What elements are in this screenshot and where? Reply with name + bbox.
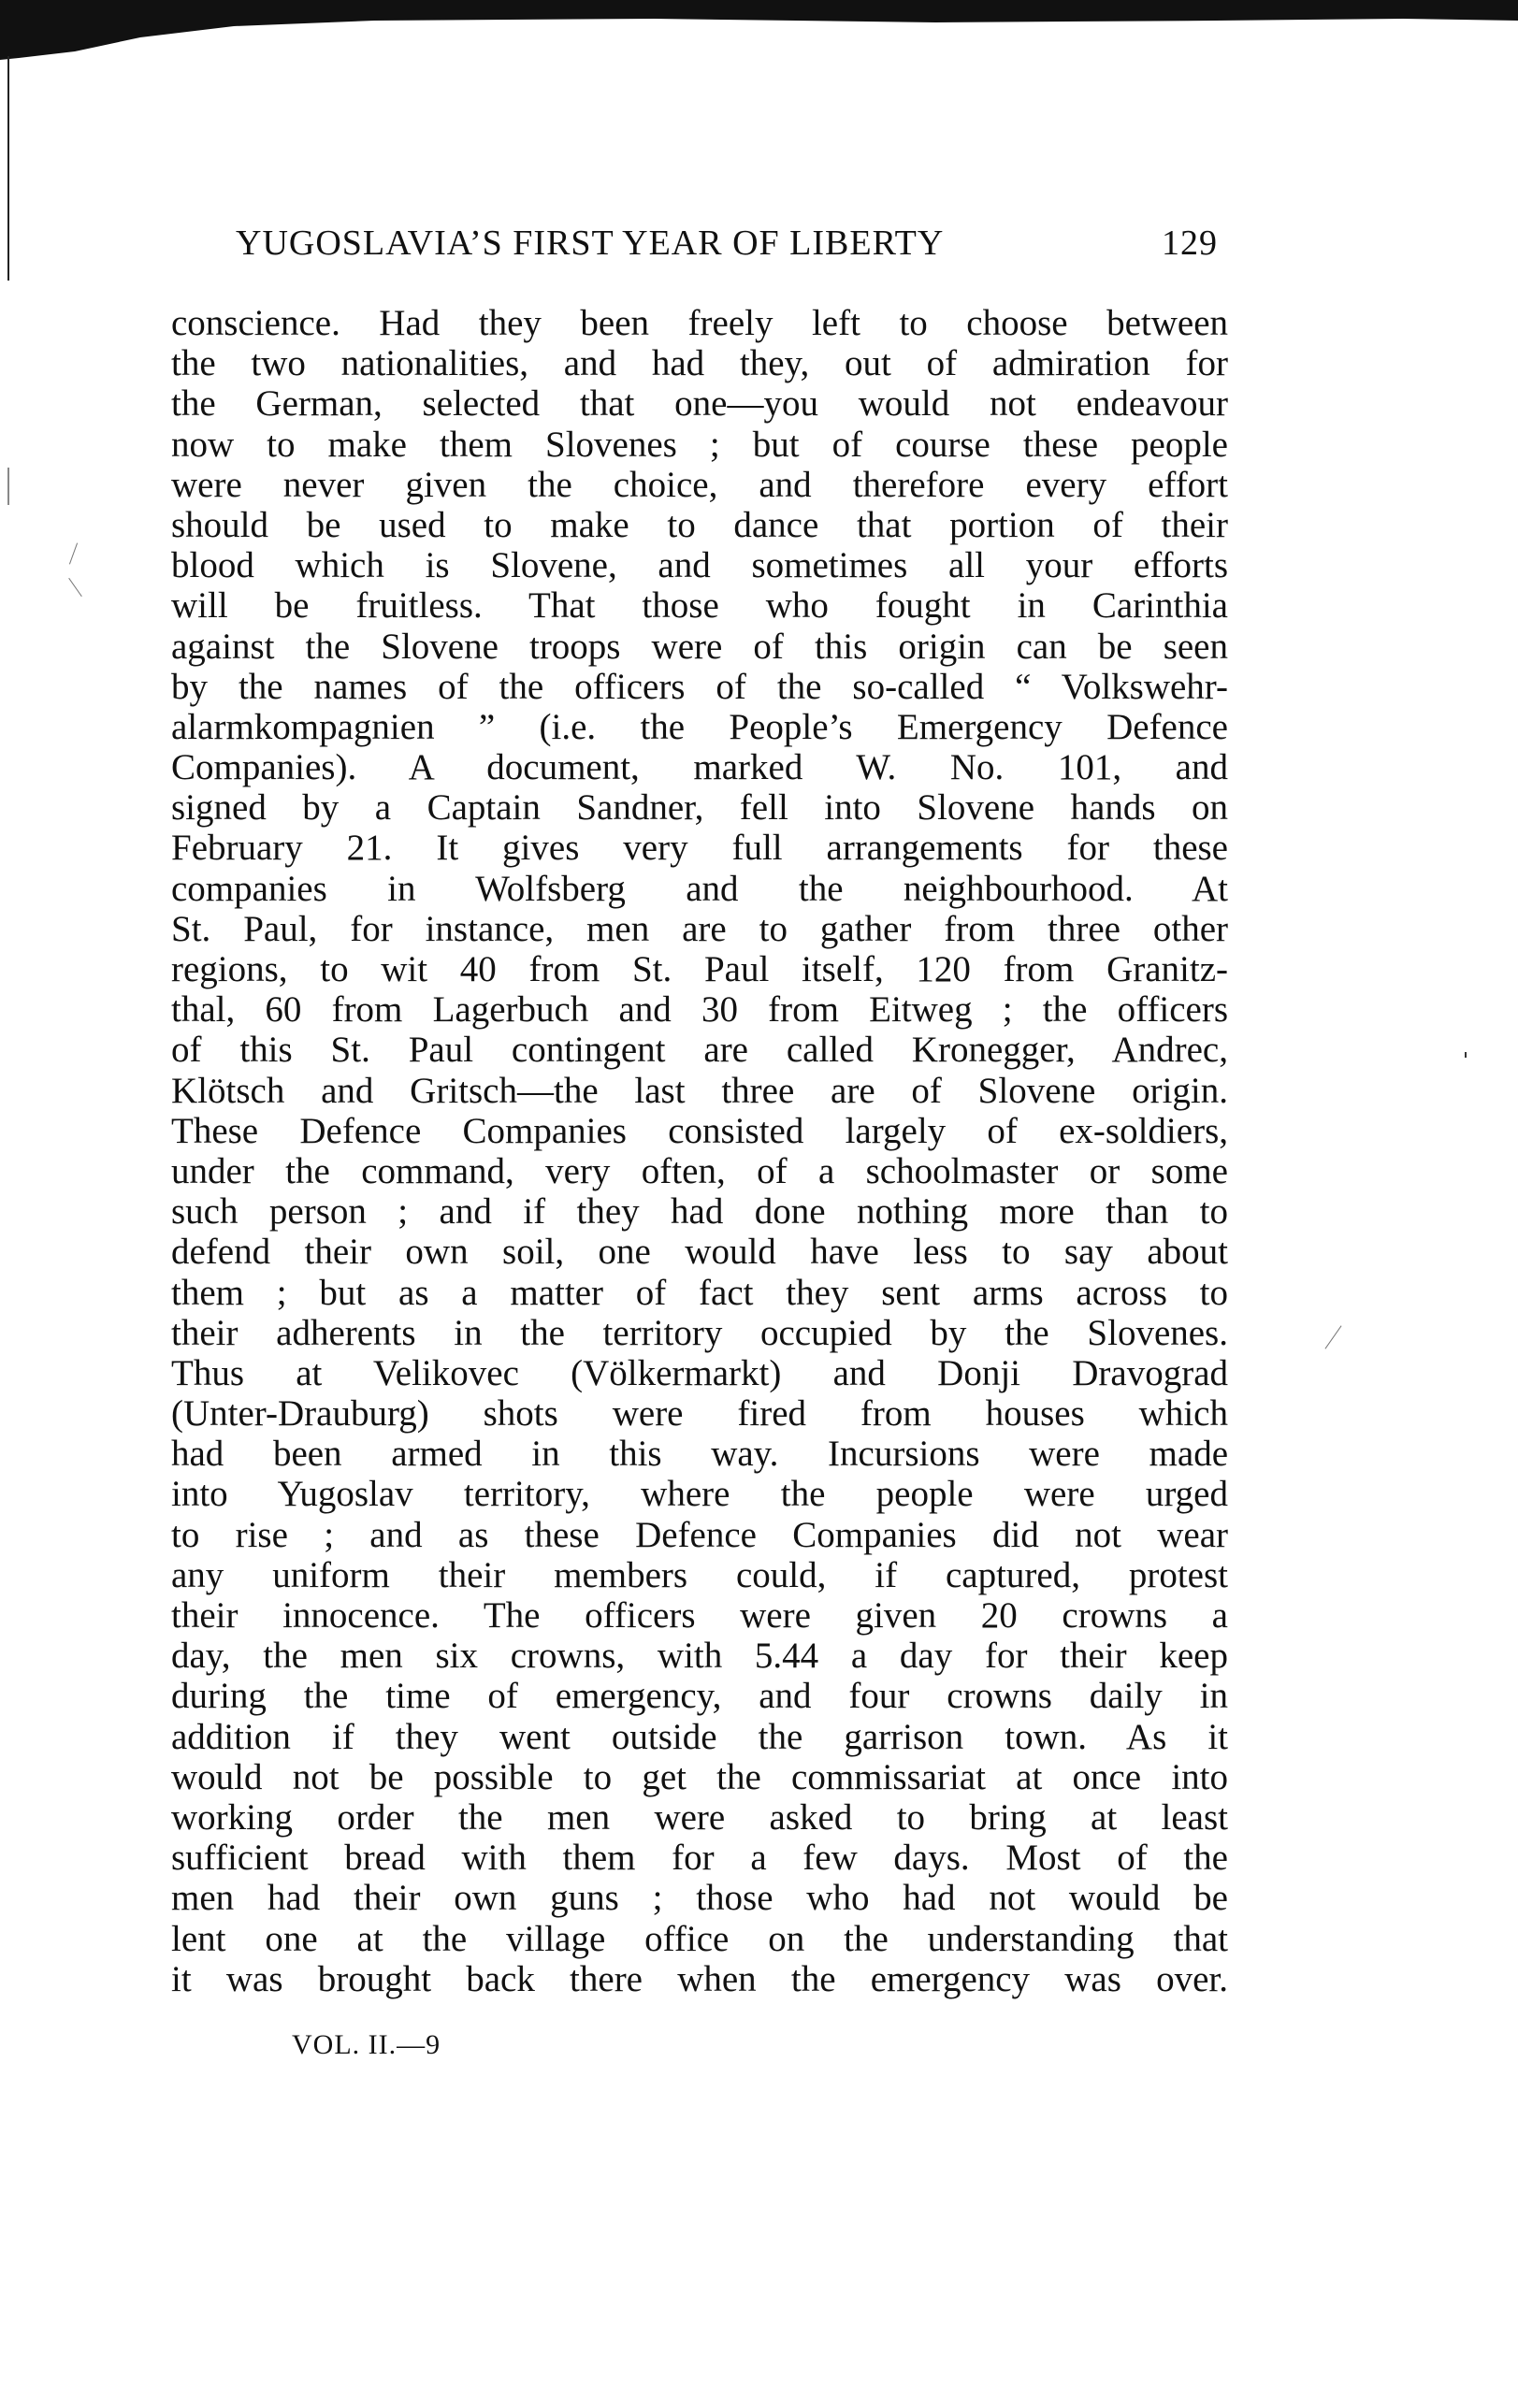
text-line: them ; but as a matter of fact they sent… [171,1273,1228,1313]
text-line: working order the men were asked to brin… [171,1797,1228,1838]
text-line: Thus at Velikovec (Völkermarkt) and Donj… [171,1353,1228,1393]
text-line: it was brought back there when the emerg… [171,1959,1228,1999]
text-line: by the names of the officers of the so-c… [171,667,1228,707]
running-head-title: YUGOSLAVIA’S FIRST YEAR OF LIBERTY [236,223,944,264]
text-line: to rise ; and as these Defence Companies… [171,1515,1228,1555]
text-line: would not be possible to get the commiss… [171,1757,1228,1797]
text-line: sufficient bread with them for a few day… [171,1838,1228,1878]
scan-speck [1324,1325,1341,1348]
text-line: St. Paul, for instance, men are to gathe… [171,909,1228,949]
text-line: regions, to wit 40 from St. Paul itself,… [171,949,1228,989]
text-line: addition if they went outside the garris… [171,1717,1228,1757]
page-edge-line [7,56,9,281]
text-line: such person ; and if they had done nothi… [171,1191,1228,1232]
text-line: of this St. Paul contingent are called K… [171,1030,1228,1070]
page-number: 129 [1162,223,1218,264]
page-edge-line-lower [7,468,9,505]
text-line: February 21. It gives very full arrangem… [171,828,1228,868]
text-line: any uniform their members could, if capt… [171,1555,1228,1595]
text-line: lent one at the village office on the un… [171,1919,1228,1959]
text-line: under the command, very often, of a scho… [171,1151,1228,1191]
text-line: their adherents in the territory occupie… [171,1313,1228,1353]
text-line: These Defence Companies consisted largel… [171,1111,1228,1151]
scan-edge-shadow [0,0,1518,65]
text-line: the German, selected that one—you would … [171,383,1228,424]
text-line: now to make them Slovenes ; but of cours… [171,425,1228,465]
text-line: companies in Wolfsberg and the neighbour… [171,869,1228,909]
text-line: (Unter-Drauburg) shots were fired from h… [171,1393,1228,1434]
text-line: their innocence. The officers were given… [171,1595,1228,1636]
text-line: Companies). A document, marked W. No. 10… [171,747,1228,787]
text-line: signed by a Captain Sandner, fell into S… [171,787,1228,828]
scan-speck [68,578,82,597]
scan-speck [69,543,78,565]
text-line: during the time of emergency, and four c… [171,1676,1228,1716]
text-line: Klötsch and Gritsch—the last three are o… [171,1071,1228,1111]
text-line: had been armed in this way. Incursions w… [171,1434,1228,1474]
text-line: will be fruitless. That those who fought… [171,585,1228,626]
text-line: into Yugoslav territory, where the peopl… [171,1474,1228,1514]
scan-shadow-shape [0,0,1518,65]
text-line: against the Slovene troops were of this … [171,627,1228,667]
signature-mark: VOL. II.—9 [292,2029,441,2061]
text-line: alarmkompagnien ” (i.e. the People’s Eme… [171,707,1228,747]
scan-speck [1465,1052,1467,1058]
text-line: the two nationalities, and had they, out… [171,343,1228,383]
text-line: were never given the choice, and therefo… [171,465,1228,505]
body-text: conscience. Had they been freely left to… [171,303,1228,1999]
text-line: defend their own soil, one would have le… [171,1232,1228,1272]
text-line: blood which is Slovene, and sometimes al… [171,545,1228,585]
text-line: day, the men six crowns, with 5.44 a day… [171,1636,1228,1676]
text-line: should be used to make to dance that por… [171,505,1228,545]
text-line: thal, 60 from Lagerbuch and 30 from Eitw… [171,989,1228,1030]
running-head: YUGOSLAVIA’S FIRST YEAR OF LIBERTY 129 [236,223,1218,269]
text-line: conscience. Had they been freely left to… [171,303,1228,343]
text-line: men had their own guns ; those who had n… [171,1878,1228,1918]
